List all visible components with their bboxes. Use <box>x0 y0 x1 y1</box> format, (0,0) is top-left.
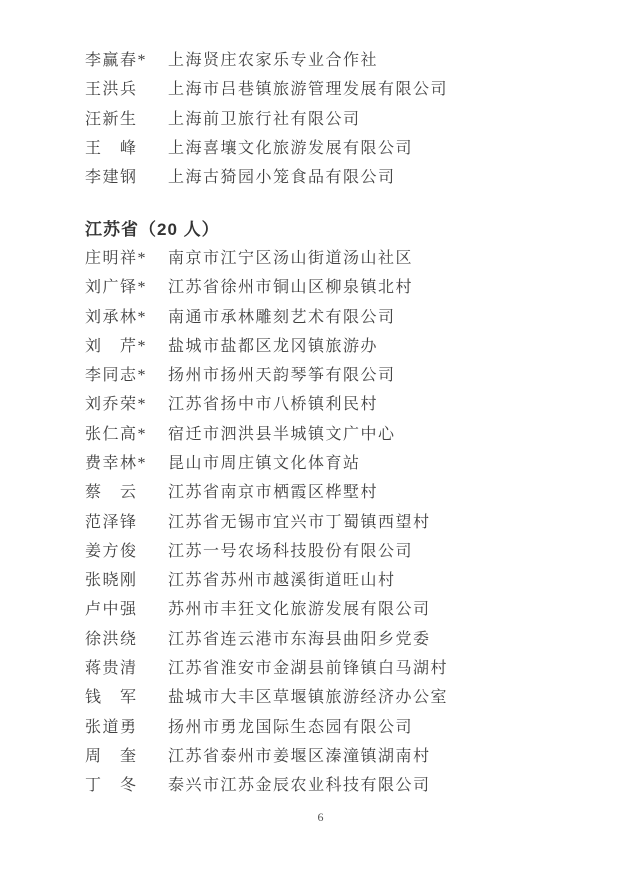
organization-name: 江苏省扬中市八桥镇利民村 <box>168 391 611 414</box>
person-name: 李赢春* <box>85 47 168 70</box>
person-name: 费幸林* <box>85 450 168 473</box>
person-name: 刘广铎* <box>85 274 168 297</box>
list-item: 王 峰上海喜壤文化旅游发展有限公司 <box>85 132 611 161</box>
person-name: 汪新生 <box>85 106 168 129</box>
person-name: 李建钢 <box>85 164 168 187</box>
organization-name: 昆山市周庄镇文化体育站 <box>168 450 611 473</box>
person-name: 张道勇 <box>85 714 168 737</box>
list-item: 费幸林*昆山市周庄镇文化体育站 <box>85 447 611 476</box>
list-item: 王洪兵上海市吕巷镇旅游管理发展有限公司 <box>85 73 611 102</box>
person-name: 丁 冬 <box>85 772 168 795</box>
organization-name: 扬州市扬州天韵琴筝有限公司 <box>168 362 611 385</box>
organization-name: 江苏一号农场科技股份有限公司 <box>168 538 611 561</box>
person-name: 蒋贵清 <box>85 655 168 678</box>
list-item: 李同志*扬州市扬州天韵琴筝有限公司 <box>85 359 611 388</box>
organization-name: 上海古猗园小笼食品有限公司 <box>168 164 611 187</box>
list-item: 蒋贵清江苏省淮安市金湖县前锋镇白马湖村 <box>85 652 611 681</box>
list-item: 蔡 云江苏省南京市栖霞区桦墅村 <box>85 476 611 505</box>
organization-name: 南通市承林雕刻艺术有限公司 <box>168 304 611 327</box>
organization-name: 江苏省无锡市宜兴市丁蜀镇西望村 <box>168 509 611 532</box>
person-name: 卢中强 <box>85 596 168 619</box>
sections: 李赢春*上海贤庄农家乐专业合作社王洪兵上海市吕巷镇旅游管理发展有限公司汪新生上海… <box>85 44 611 798</box>
person-name: 刘承林* <box>85 304 168 327</box>
page-number: 6 <box>0 810 641 825</box>
person-name: 姜方俊 <box>85 538 168 561</box>
person-name: 王 峰 <box>85 135 168 158</box>
organization-name: 江苏省徐州市铜山区柳泉镇北村 <box>168 274 611 297</box>
organization-name: 上海前卫旅行社有限公司 <box>168 106 611 129</box>
person-name: 蔡 云 <box>85 479 168 502</box>
list-item: 范泽锋江苏省无锡市宜兴市丁蜀镇西望村 <box>85 505 611 534</box>
organization-name: 江苏省苏州市越溪街道旺山村 <box>168 567 611 590</box>
person-name: 王洪兵 <box>85 76 168 99</box>
organization-name: 上海市吕巷镇旅游管理发展有限公司 <box>168 76 611 99</box>
person-name: 刘 芹* <box>85 333 168 356</box>
person-name: 张仁高* <box>85 421 168 444</box>
organization-name: 南京市江宁区汤山街道汤山社区 <box>168 245 611 268</box>
list-item: 张仁高*宿迁市泗洪县半城镇文广中心 <box>85 418 611 447</box>
list-item: 张道勇扬州市勇龙国际生态园有限公司 <box>85 711 611 740</box>
person-name: 庄明祥* <box>85 245 168 268</box>
person-name: 钱 军 <box>85 684 168 707</box>
list-item: 李赢春*上海贤庄农家乐专业合作社 <box>85 44 611 73</box>
list-item: 汪新生上海前卫旅行社有限公司 <box>85 103 611 132</box>
organization-name: 上海喜壤文化旅游发展有限公司 <box>168 135 611 158</box>
list-item: 姜方俊江苏一号农场科技股份有限公司 <box>85 535 611 564</box>
list-item: 钱 军盐城市大丰区草堰镇旅游经济办公室 <box>85 681 611 710</box>
organization-name: 江苏省连云港市东海县曲阳乡党委 <box>168 626 611 649</box>
person-name: 周 奎 <box>85 743 168 766</box>
person-name: 刘乔荣* <box>85 391 168 414</box>
organization-name: 宿迁市泗洪县半城镇文广中心 <box>168 421 611 444</box>
organization-name: 江苏省淮安市金湖县前锋镇白马湖村 <box>168 655 611 678</box>
list-item: 刘承林*南通市承林雕刻艺术有限公司 <box>85 300 611 329</box>
list-item: 刘 芹*盐城市盐都区龙冈镇旅游办 <box>85 330 611 359</box>
list-item: 庄明祥*南京市江宁区汤山街道汤山社区 <box>85 242 611 271</box>
list-item: 徐洪绕江苏省连云港市东海县曲阳乡党委 <box>85 623 611 652</box>
organization-name: 江苏省南京市栖霞区桦墅村 <box>168 479 611 502</box>
person-name: 徐洪绕 <box>85 626 168 649</box>
list-item: 周 奎江苏省泰州市姜堰区溱潼镇湖南村 <box>85 740 611 769</box>
list-item: 刘广铎*江苏省徐州市铜山区柳泉镇北村 <box>85 271 611 300</box>
section-header: 江苏省（20 人） <box>85 212 611 241</box>
organization-name: 扬州市勇龙国际生态园有限公司 <box>168 714 611 737</box>
organization-name: 盐城市大丰区草堰镇旅游经济办公室 <box>168 684 611 707</box>
list-item: 刘乔荣*江苏省扬中市八桥镇利民村 <box>85 388 611 417</box>
organization-name: 泰兴市江苏金辰农业科技有限公司 <box>168 772 611 795</box>
organization-name: 盐城市盐都区龙冈镇旅游办 <box>168 333 611 356</box>
list-item: 张晓刚江苏省苏州市越溪街道旺山村 <box>85 564 611 593</box>
organization-name: 苏州市丰狂文化旅游发展有限公司 <box>168 596 611 619</box>
person-name: 张晓刚 <box>85 567 168 590</box>
organization-name: 上海贤庄农家乐专业合作社 <box>168 47 611 70</box>
list-item: 丁 冬泰兴市江苏金辰农业科技有限公司 <box>85 769 611 798</box>
person-name: 李同志* <box>85 362 168 385</box>
list-item: 卢中强苏州市丰狂文化旅游发展有限公司 <box>85 593 611 622</box>
organization-name: 江苏省泰州市姜堰区溱潼镇湖南村 <box>168 743 611 766</box>
person-name: 范泽锋 <box>85 509 168 532</box>
list-item: 李建钢上海古猗园小笼食品有限公司 <box>85 161 611 190</box>
document-page: 李赢春*上海贤庄农家乐专业合作社王洪兵上海市吕巷镇旅游管理发展有限公司汪新生上海… <box>0 0 641 870</box>
